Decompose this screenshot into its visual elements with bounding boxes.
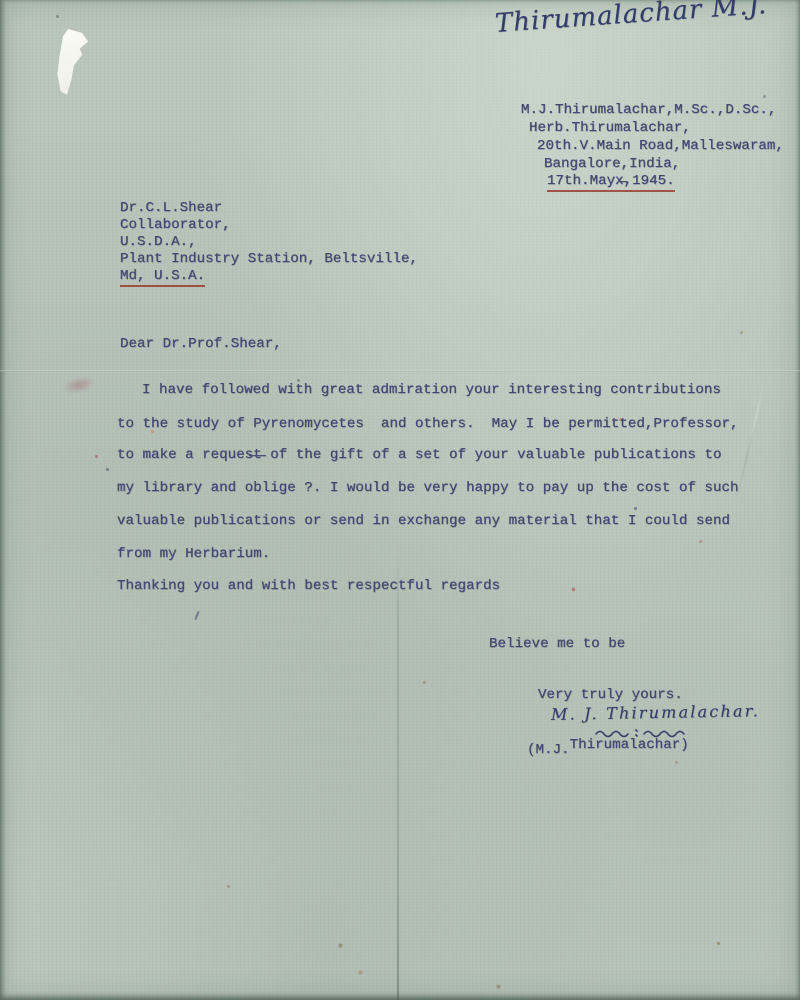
letter-date-text: 17th.Mayx̶,1945. bbox=[547, 173, 675, 192]
valediction: Very truly yours. bbox=[538, 687, 683, 703]
vertical-fold-crease bbox=[397, 552, 399, 1000]
horizontal-fold-crease bbox=[0, 370, 800, 372]
body-line: my library and oblige ?. I would be very… bbox=[117, 480, 739, 496]
handwritten-signature: M. J. Thirumalachar. bbox=[551, 701, 760, 724]
typed-signature-rest: Thirumalachar) bbox=[570, 737, 689, 753]
closing-thanks-line: Thanking you and with best respectful re… bbox=[117, 578, 500, 594]
sender-street-line: 20th.V.Main Road,Malleswaram, bbox=[537, 138, 784, 154]
sender-city-line: Bangalore,India, bbox=[544, 156, 680, 172]
handwritten-annotation: Thirumalachar M.J. bbox=[494, 0, 768, 39]
recipient-title-line: Collaborator, bbox=[120, 217, 231, 233]
sender-herbarium-line: Herb.Thirumalachar, bbox=[529, 120, 691, 136]
letter-scan-page: Thirumalachar M.J. M.J.Thirumalachar,M.S… bbox=[0, 0, 800, 1000]
salutation: Dear Dr.Prof.Shear, bbox=[120, 336, 282, 352]
red-ink-smudge bbox=[60, 373, 99, 397]
recipient-org-line: U.S.D.A., bbox=[120, 234, 197, 250]
recipient-country-text: Md, U.S.A. bbox=[120, 268, 205, 287]
believe-line: Believe me to be bbox=[489, 636, 625, 652]
paper-tear bbox=[56, 29, 88, 95]
sender-name-line: M.J.Thirumalachar,M.Sc.,D.Sc., bbox=[521, 102, 776, 118]
body-line: I have followed with great admiration yo… bbox=[117, 382, 721, 398]
body-line: to the study of Pyrenomycetes and others… bbox=[117, 416, 739, 432]
diagonal-crease bbox=[734, 379, 765, 506]
body-line: from my Herbarium. bbox=[117, 546, 270, 562]
body-line: to make a reques̶t̶ of the gift of a set… bbox=[117, 447, 722, 463]
typed-signature: (M.J.Thirumalachar) bbox=[527, 737, 689, 753]
body-line: valuable publications or send in exchang… bbox=[117, 513, 730, 529]
typed-signature-open: (M.J. bbox=[527, 742, 570, 758]
recipient-name-line: Dr.C.L.Shear bbox=[120, 200, 222, 216]
paper-specks bbox=[0, 0, 1, 1]
letter-date: 17th.Mayx̶,1945. bbox=[547, 173, 675, 189]
recipient-station-line: Plant Industry Station, Beltsville, bbox=[120, 251, 418, 267]
stray-pen-mark bbox=[194, 611, 199, 620]
recipient-country-line: Md, U.S.A. bbox=[120, 268, 205, 284]
